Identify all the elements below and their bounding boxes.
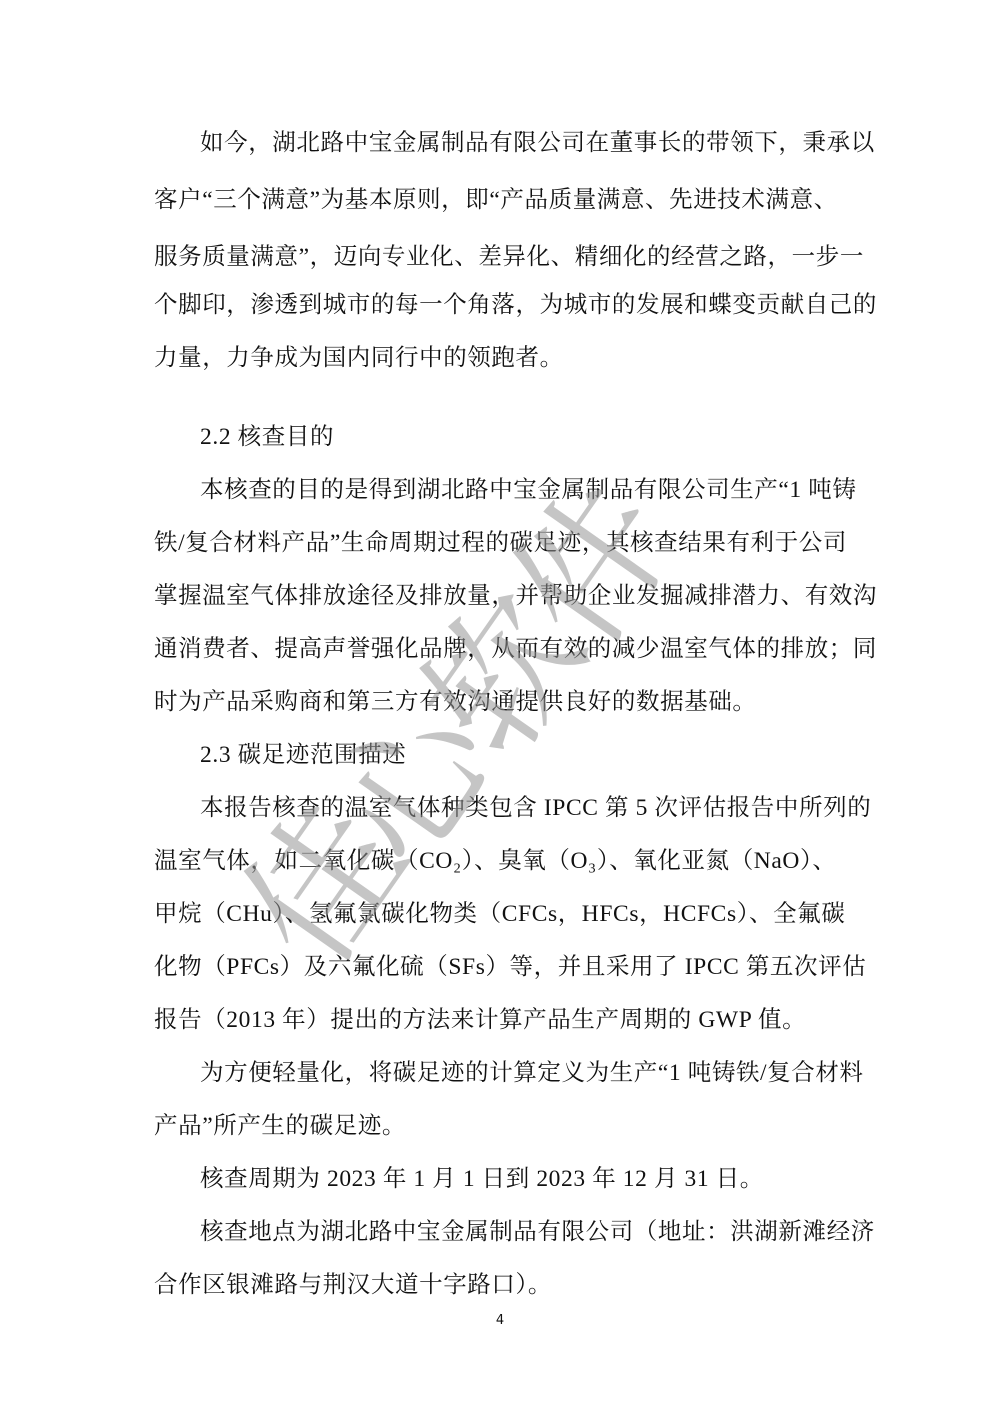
paragraph-line: 报告（2013 年）提出的方法来计算产品生产周期的 GWP 值。	[154, 1005, 806, 1035]
paragraph-line: 服务质量满意”，迈向专业化、差异化、精细化的经营之路，一步一	[154, 242, 864, 272]
paragraph-line: 如今，湖北路中宝金属制品有限公司在董事长的带领下，秉承以	[200, 128, 875, 158]
paragraph-line: 客户“三个满意”为基本原则，即“产品质量满意、先进技术满意、	[154, 185, 838, 215]
page-number: 4	[0, 1313, 1000, 1328]
document-page: 如今，湖北路中宝金属制品有限公司在董事长的带领下，秉承以 客户“三个满意”为基本…	[0, 0, 1000, 1414]
paragraph-line: 掌握温室气体排放途径及排放量，并帮助企业发掘减排潜力、有效沟	[154, 581, 877, 611]
paragraph-line: 核查周期为 2023 年 1 月 1 日到 2023 年 12 月 31 日。	[200, 1164, 764, 1194]
paragraph-line: 力量，力争成为国内同行中的领跑者。	[154, 343, 564, 373]
section-heading-2-2: 2.2 核查目的	[200, 422, 334, 452]
paragraph-line: 时为产品采购商和第三方有效沟通提供良好的数据基础。	[154, 687, 757, 717]
paragraph-line: 为方便轻量化，将碳足迹的计算定义为生产“1 吨铸铁/复合材料	[200, 1058, 864, 1088]
paragraph-line: 温室气体，如二氧化碳（CO₂）、臭氧（O₃）、氧化亚氮（NaO）、	[154, 846, 836, 876]
paragraph-line: 产品”所产生的碳足迹。	[154, 1111, 406, 1141]
paragraph-line: 本报告核查的温室气体种类包含 IPCC 第 5 次评估报告中所列的	[200, 793, 871, 823]
paragraph-line: 本核查的目的是得到湖北路中宝金属制品有限公司生产“1 吨铸	[200, 475, 856, 505]
section-heading-2-3: 2.3 碳足迹范围描述	[200, 740, 406, 770]
paragraph-line: 通消费者、提高声誉强化品牌，从而有效的减少温室气体的排放；同	[154, 634, 877, 664]
paragraph-line: 甲烷（CHu）、氢氟氯碳化物类（CFCs，HFCs，HCFCs）、全氟碳	[154, 899, 845, 929]
paragraph-line: 化物（PFCs）及六氟化硫（SFs）等，并且采用了 IPCC 第五次评估	[154, 952, 866, 982]
paragraph-line: 核查地点为湖北路中宝金属制品有限公司（地址：洪湖新滩经济	[200, 1217, 875, 1247]
paragraph-line: 铁/复合材料产品”生命周期过程的碳足迹，其核查结果有利于公司	[154, 528, 847, 558]
paragraph-line: 合作区银滩路与荆汉大道十字路口）。	[154, 1270, 552, 1300]
paragraph-line: 个脚印，渗透到城市的每一个角落，为城市的发展和蝶变贡献自己的	[154, 290, 877, 320]
